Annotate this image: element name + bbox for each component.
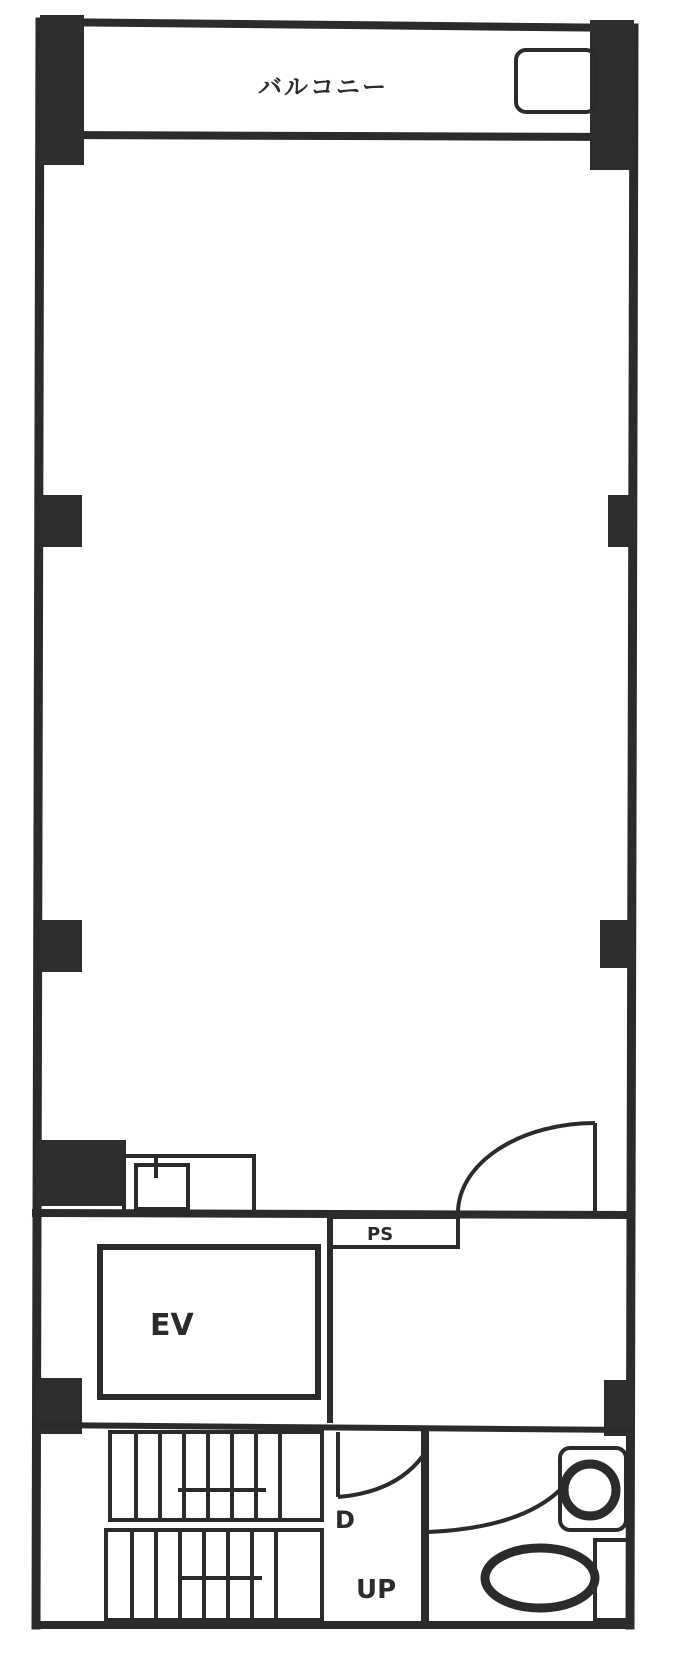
stairs [106,1432,322,1620]
elevator: EV [100,1247,318,1397]
pipe-shaft-label: PS [367,1224,393,1245]
core-walls [36,1213,630,1625]
down-label: D [335,1506,355,1534]
entrance-door [458,1123,595,1245]
elevator-label: EV [150,1308,194,1343]
floor-plan: バルコニー PS EV [0,0,690,1668]
up-label: UP [356,1575,396,1605]
pillars [36,15,636,1436]
toilet-room [428,1448,629,1620]
sink-counter [124,1156,254,1212]
stair-door: D UP [335,1432,427,1605]
outer-walls [36,22,634,1625]
pipe-shaft: PS [330,1217,458,1247]
balcony-fixture [516,50,596,112]
balcony-label: バルコニー [258,73,388,101]
